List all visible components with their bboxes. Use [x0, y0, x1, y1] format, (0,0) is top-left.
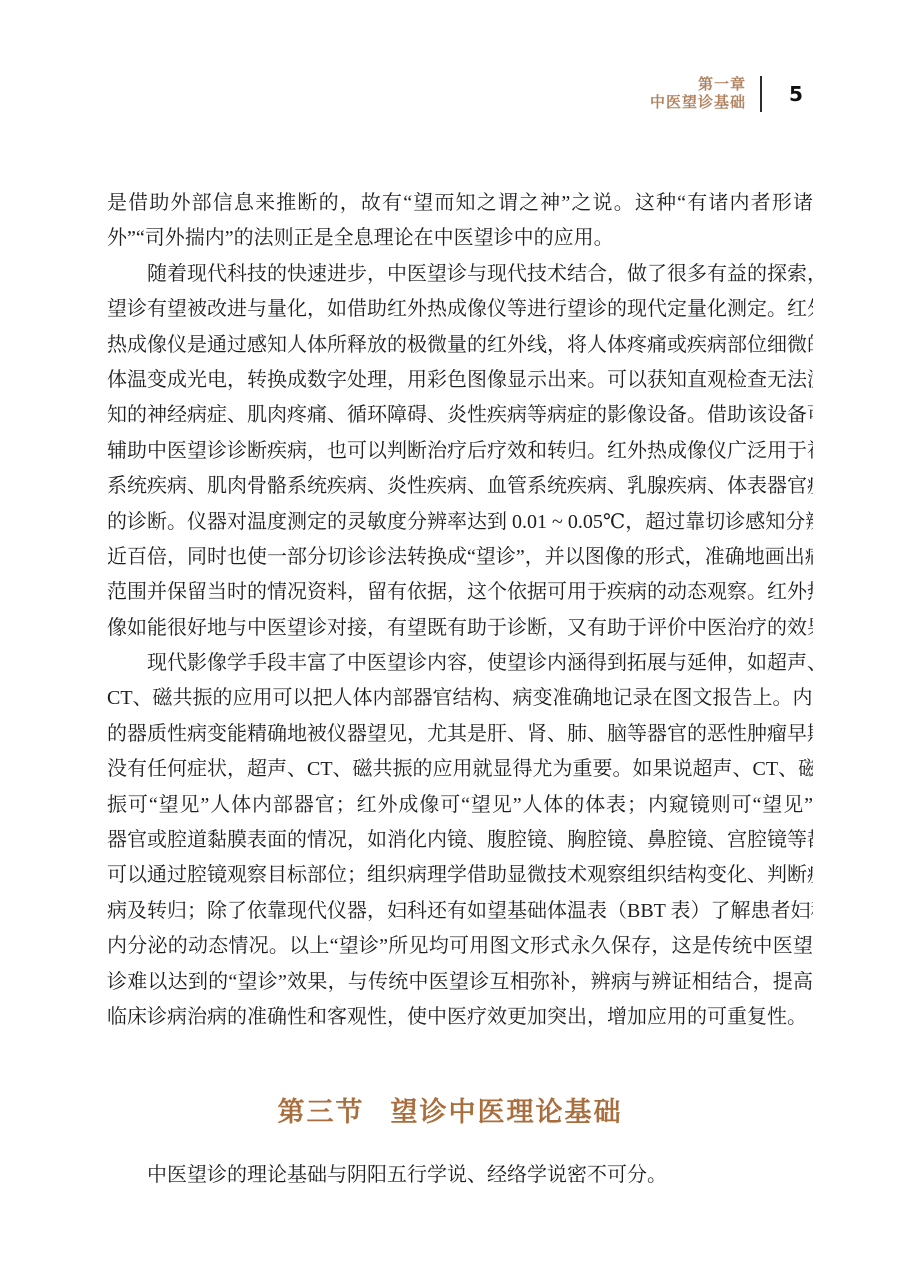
chapter-title: 中医望诊基础 — [650, 94, 746, 112]
text-line: 随着现代科技的快速进步，中医望诊与现代技术结合，做了很多有益的探索， — [107, 257, 813, 292]
chapter-block: 第一章 中医望诊基础 — [650, 76, 746, 112]
text-line: 近百倍，同时也使一部分切诊诊法转换成“望诊”，并以图像的形式，准确地画出病变 — [107, 540, 813, 575]
text-line: 是借助外部信息来推断的，故有“望而知之谓之神”之说。这种“有诸内者形诸 — [107, 186, 813, 221]
text-line: 现代影像学手段丰富了中医望诊内容，使望诊内涵得到拓展与延伸，如超声、 — [107, 646, 813, 681]
text-line: 范围并保留当时的情况资料，留有依据，这个依据可用于疾病的动态观察。红外热成 — [107, 575, 813, 610]
header-divider — [760, 76, 762, 112]
chapter-label: 第一章 — [650, 76, 746, 94]
section-number: 第三节 — [278, 1097, 365, 1127]
body-text: 是借助外部信息来推断的，故有“望而知之谓之神”之说。这种“有诸内者形诸 外”“司… — [107, 186, 813, 1035]
text-line: 内分泌的动态情况。以上“望诊”所见均可用图文形式永久保存，这是传统中医望 — [107, 929, 813, 964]
text-line: 的诊断。仪器对温度测定的灵敏度分辨率达到 0.01 ~ 0.05℃，超过靠切诊感… — [107, 505, 813, 540]
book-page: { "header": { "chapter_label": "第一章", "c… — [0, 0, 900, 1282]
text-line: 外”“司外揣内”的法则正是全息理论在中医望诊中的应用。 — [107, 221, 813, 256]
paragraph: 随着现代科技的快速进步，中医望诊与现代技术结合，做了很多有益的探索， 望诊有望被… — [107, 257, 813, 646]
page-number: 5 — [784, 82, 808, 106]
text-line: 系统疾病、肌肉骨骼系统疾病、炎性疾病、血管系统疾病、乳腺疾病、体表器官疾病 — [107, 469, 813, 504]
text-line: 望诊有望被改进与量化，如借助红外热成像仪等进行望诊的现代定量化测定。红外 — [107, 292, 813, 327]
text-line: 没有任何症状，超声、CT、磁共振的应用就显得尤为重要。如果说超声、CT、磁共 — [107, 752, 813, 787]
text-line: 诊难以达到的“望诊”效果，与传统中医望诊互相弥补，辨病与辨证相结合，提高 — [107, 965, 813, 1000]
section-title: 望诊中医理论基础 — [391, 1097, 623, 1127]
closing-paragraph: 中医望诊的理论基础与阴阳五行学说、经络学说密不可分。 — [107, 1158, 813, 1193]
paragraph: 是借助外部信息来推断的，故有“望而知之谓之神”之说。这种“有诸内者形诸 外”“司… — [107, 186, 813, 257]
text-line: 热成像仪是通过感知人体所释放的极微量的红外线，将人体疼痛或疾病部位细微的 — [107, 328, 813, 363]
text-line: 病及转归；除了依靠现代仪器，妇科还有如望基础体温表（BBT 表）了解患者妇科 — [107, 894, 813, 929]
text-line: 像如能很好地与中医望诊对接，有望既有助于诊断，又有助于评价中医治疗的效果。 — [107, 611, 813, 646]
section-heading: 第三节望诊中医理论基础 — [0, 1090, 900, 1129]
text-line: 器官或腔道黏膜表面的情况，如消化内镜、腹腔镜、胸腔镜、鼻腔镜、宫腔镜等都 — [107, 823, 813, 858]
text-line: 知的神经病症、肌肉疼痛、循环障碍、炎性疾病等病症的影像设备。借助该设备可以 — [107, 398, 813, 433]
text-line: 可以通过腔镜观察目标部位；组织病理学借助显微技术观察组织结构变化、判断疾 — [107, 858, 813, 893]
text-line: CT、磁共振的应用可以把人体内部器官结构、病变准确地记录在图文报告上。内脏 — [107, 681, 813, 716]
page-header: 第一章 中医望诊基础 5 — [650, 76, 808, 112]
text-line: 体温变成光电，转换成数字处理，用彩色图像显示出来。可以获知直观检查无法测 — [107, 363, 813, 398]
text-line: 辅助中医望诊诊断疾病，也可以判断治疗后疗效和转归。红外热成像仪广泛用于神经 — [107, 434, 813, 469]
text-line: 振可“望见”人体内部器官；红外成像可“望见”人体的体表；内窥镜则可“望见” — [107, 788, 813, 823]
text-line: 临床诊病治病的准确性和客观性，使中医疗效更加突出，增加应用的可重复性。 — [107, 1000, 813, 1035]
text-line: 的器质性病变能精确地被仪器望见，尤其是肝、肾、肺、脑等器官的恶性肿瘤早期 — [107, 717, 813, 752]
paragraph: 现代影像学手段丰富了中医望诊内容，使望诊内涵得到拓展与延伸，如超声、 CT、磁共… — [107, 646, 813, 1035]
